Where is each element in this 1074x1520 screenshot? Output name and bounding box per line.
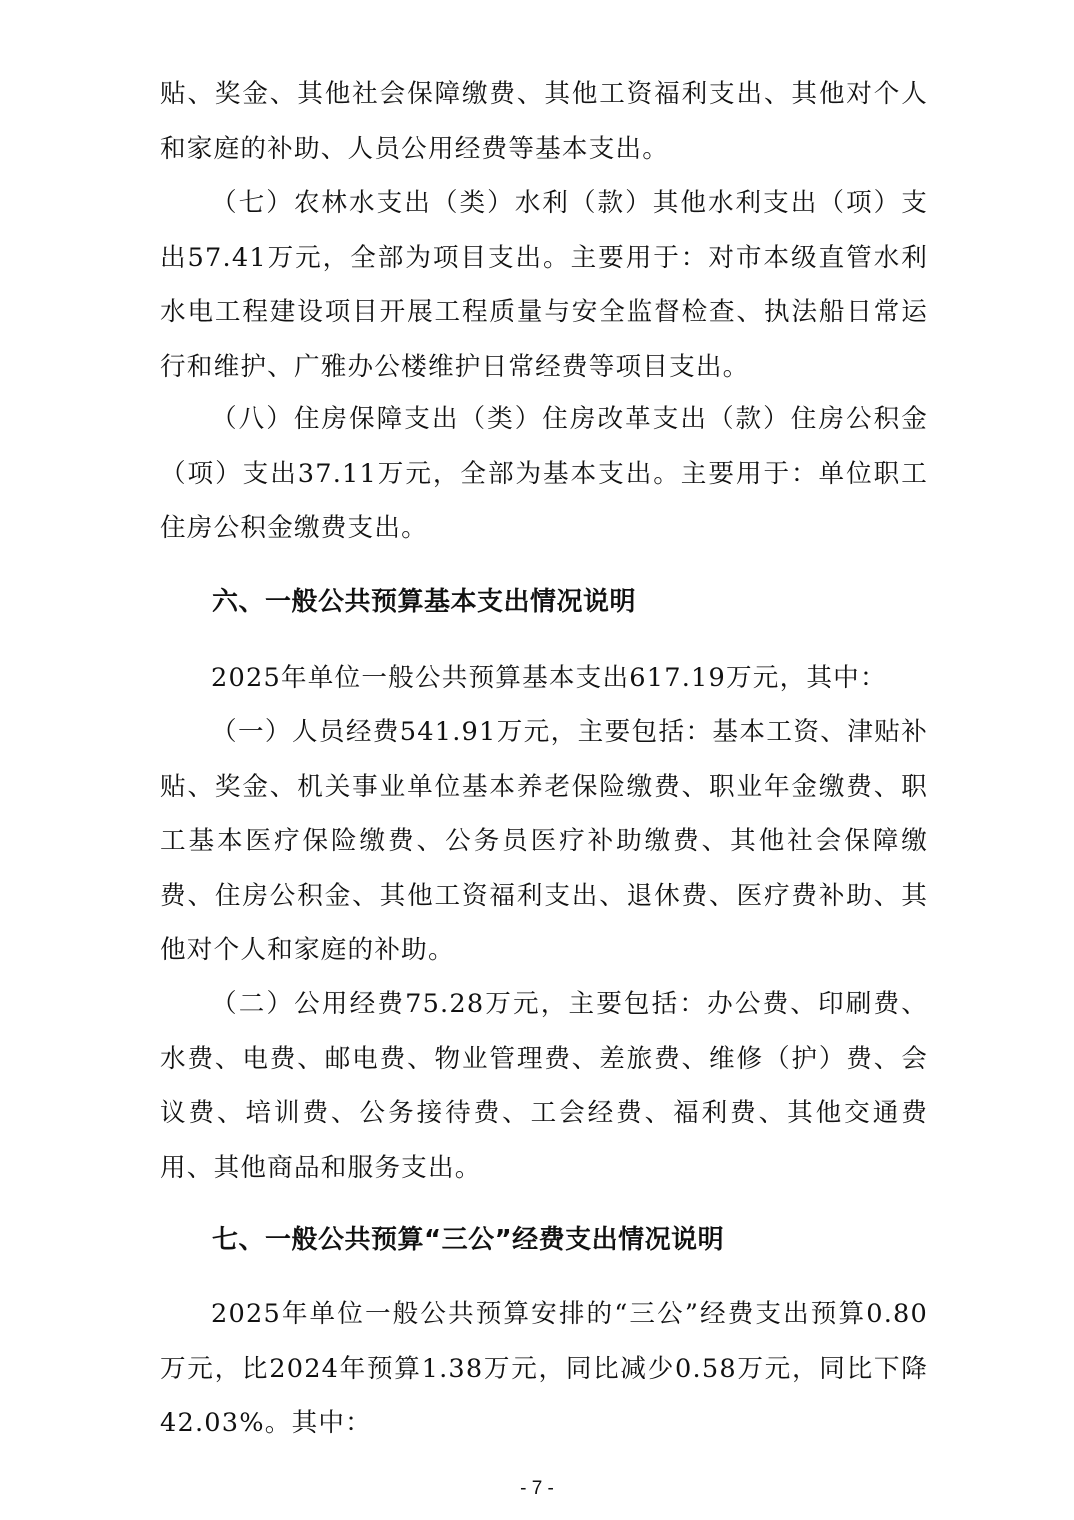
- paragraph-public-expenses: （二）公用经费75.28万元，主要包括：办公费、印刷费、水费、电费、邮电费、物业…: [160, 977, 928, 1195]
- paragraph-personnel-expenses: （一）人员经费541.91万元，主要包括：基本工资、津贴补贴、奖金、机关事业单位…: [160, 705, 928, 978]
- page-number: - 7 -: [0, 1478, 1074, 1500]
- paragraph-item-8-housing-expenditure: （八）住房保障支出（类）住房改革支出（款）住房公积金（项）支出37.11万元，全…: [160, 392, 928, 556]
- document-page: 贴、奖金、其他社会保障缴费、其他工资福利支出、其他对个人和家庭的补助、人员公用经…: [0, 0, 1074, 1520]
- paragraph-three-public-expenses: 2025年单位一般公共预算安排的“三公”经费支出预算0.80万元，比2024年预…: [160, 1287, 928, 1451]
- paragraph-continued-expenses: 贴、奖金、其他社会保障缴费、其他工资福利支出、其他对个人和家庭的补助、人员公用经…: [160, 67, 928, 176]
- section-heading-6: 六、一般公共预算基本支出情况说明: [212, 582, 636, 622]
- section-heading-7: 七、一般公共预算“三公”经费支出情况说明: [212, 1220, 724, 1260]
- paragraph-item-7-water-expenditure: （七）农林水支出（类）水利（款）其他水利支出（项）支出57.41万元，全部为项目…: [160, 176, 928, 394]
- paragraph-basic-expenditure-summary: 2025年单位一般公共预算基本支出617.19万元，其中：: [160, 651, 928, 706]
